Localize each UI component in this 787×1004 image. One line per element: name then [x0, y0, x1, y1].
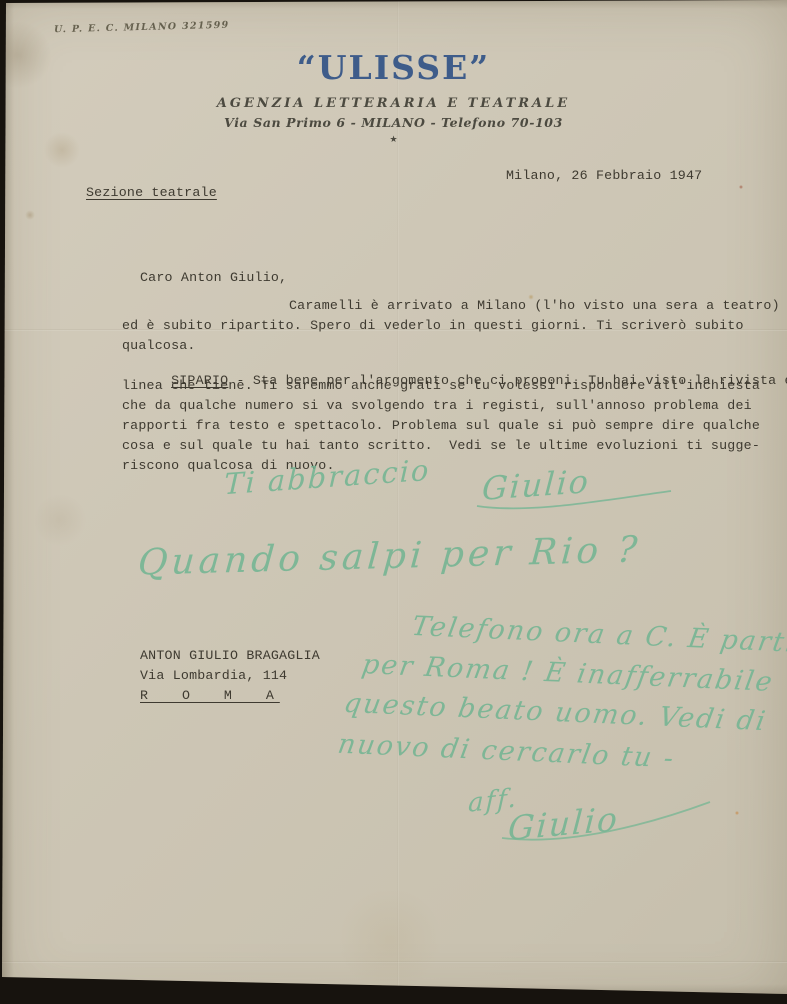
letterhead-title: “ULISSE”: [0, 48, 787, 87]
recipient-street: Via Lombardia, 114: [140, 668, 287, 683]
upec-stamp: U. P. E. C. MILANO 321599: [54, 20, 230, 36]
handwritten-question: Quando salpi per Rio ?: [136, 529, 642, 583]
recipient-city: R O M A: [140, 688, 280, 703]
scanned-letter: U. P. E. C. MILANO 321599 “ULISSE” AGENZ…: [0, 0, 787, 1004]
section-label: Sezione teatrale: [86, 185, 217, 200]
signature-flourish-icon: [475, 486, 675, 516]
letterhead-star-icon: ★: [0, 134, 787, 145]
dateline: Milano, 26 Febbraio 1947: [506, 168, 702, 183]
body-line: cosa e sul quale tu hai tanto scritto. V…: [122, 438, 760, 453]
body-line: ed è subito ripartito. Spero di vederlo …: [122, 318, 744, 333]
body-line: qualcosa.: [122, 338, 196, 353]
fold-crease-bottom: [0, 961, 787, 963]
recipient-name: ANTON GIULIO BRAGAGLIA: [140, 648, 320, 663]
letterhead-address: Via San Primo 6 - MILANO - Telefono 70-1…: [0, 115, 787, 130]
body-line: rapporti fra testo e spettacolo. Problem…: [122, 418, 760, 433]
body-line: che da qualche numero si va svolgendo tr…: [122, 398, 752, 413]
handwritten-note-line: nuovo di cercarlo tu -: [336, 729, 678, 775]
body-line: Caramelli è arrivato a Milano (l'ho vist…: [289, 298, 780, 313]
handwritten-note-line: questo beato uomo. Vedi di: [342, 688, 770, 737]
letter-paper: U. P. E. C. MILANO 321599 “ULISSE” AGENZ…: [0, 0, 787, 1004]
letterhead-subtitle: AGENZIA LETTERARIA E TEATRALE: [0, 96, 787, 111]
salutation: Caro Anton Giulio,: [140, 270, 287, 285]
body-line: linea che tiene. Ti saremmo anche grati …: [122, 378, 760, 393]
signature-flourish-icon: [500, 796, 715, 846]
fold-crease-vertical: [397, 0, 399, 1004]
